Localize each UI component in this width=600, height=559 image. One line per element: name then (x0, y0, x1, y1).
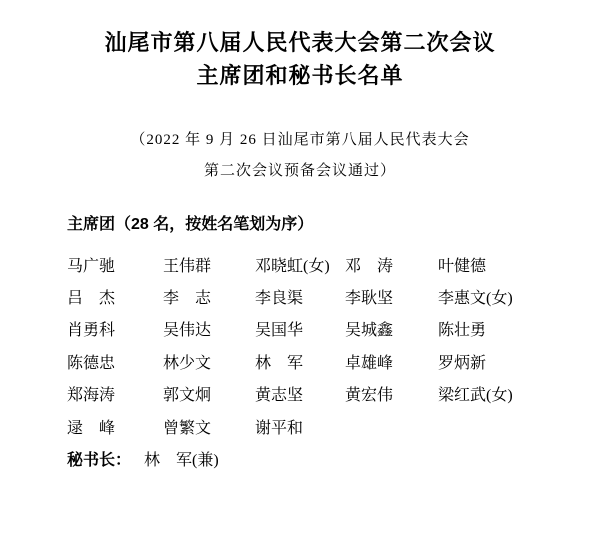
name-cell: 李 志 (163, 285, 255, 308)
name-cell: 林少文 (163, 350, 255, 373)
doc-title: 汕尾市第八届人民代表大会第二次会议 主席团和秘书长名单 (0, 0, 600, 92)
subtitle-line-2: 第二次会议预备会议通过） (0, 156, 600, 187)
name-cell: 梁红武(女) (438, 382, 600, 405)
name-cell: 叶健德 (438, 253, 600, 276)
name-cell: 林 军 (255, 350, 345, 373)
document-page: 汕尾市第八届人民代表大会第二次会议 主席团和秘书长名单 （2022 年 9 月 … (0, 0, 600, 559)
secretary-name: 林 军(兼) (144, 447, 219, 470)
doc-subtitle: （2022 年 9 月 26 日汕尾市第八届人民代表大会 第二次会议预备会议通过… (0, 125, 600, 187)
name-cell: 邓晓虹(女) (255, 253, 345, 276)
title-line-1: 汕尾市第八届人民代表大会第二次会议 (0, 26, 600, 59)
name-cell: 李耿坚 (345, 285, 438, 308)
subtitle-line-1: （2022 年 9 月 26 日汕尾市第八届人民代表大会 (0, 125, 600, 156)
name-row: 郑海涛 郭文炯 黄志坚 黄宏伟 梁红武(女) (67, 378, 600, 410)
name-cell: 马广驰 (67, 253, 163, 276)
name-row: 逯 峰 曾繁文 谢平和 (67, 410, 600, 442)
name-cell: 吴城鑫 (345, 317, 438, 340)
title-line-2: 主席团和秘书长名单 (0, 59, 600, 92)
name-cell: 王伟群 (163, 253, 255, 276)
name-cell: 肖勇科 (67, 317, 163, 340)
name-row: 陈德忠 林少文 林 军 卓雄峰 罗炳新 (67, 345, 600, 377)
name-cell: 郑海涛 (67, 382, 163, 405)
name-cell: 谢平和 (255, 415, 345, 438)
presidium-name-grid: 马广驰 王伟群 邓晓虹(女) 邓 涛 叶健德 吕 杰 李 志 李良渠 李耿坚 李… (67, 248, 600, 442)
presidium-heading: 主席团（28 名，按姓名笔划为序） (67, 214, 600, 236)
name-row: 吕 杰 李 志 李良渠 李耿坚 李惠文(女) (67, 280, 600, 312)
name-cell: 陈壮勇 (438, 317, 600, 340)
name-cell: 李惠文(女) (438, 285, 600, 308)
name-cell: 陈德忠 (67, 350, 163, 373)
name-cell: 吴伟达 (163, 317, 255, 340)
name-cell: 卓雄峰 (345, 350, 438, 373)
name-row: 马广驰 王伟群 邓晓虹(女) 邓 涛 叶健德 (67, 248, 600, 280)
name-cell: 李良渠 (255, 285, 345, 308)
name-cell: 吴国华 (255, 317, 345, 340)
name-cell: 逯 峰 (67, 415, 163, 438)
name-cell: 黄宏伟 (345, 382, 438, 405)
secretary-label: 秘书长： (67, 447, 131, 470)
name-cell: 邓 涛 (345, 253, 438, 276)
name-cell: 吕 杰 (67, 285, 163, 308)
name-cell: 郭文炯 (163, 382, 255, 405)
name-cell: 罗炳新 (438, 350, 600, 373)
name-cell: 曾繁文 (163, 415, 255, 438)
name-cell: 黄志坚 (255, 382, 345, 405)
name-row: 肖勇科 吴伟达 吴国华 吴城鑫 陈壮勇 (67, 313, 600, 345)
secretary-line: 秘书长： 林 军(兼) (67, 442, 600, 475)
